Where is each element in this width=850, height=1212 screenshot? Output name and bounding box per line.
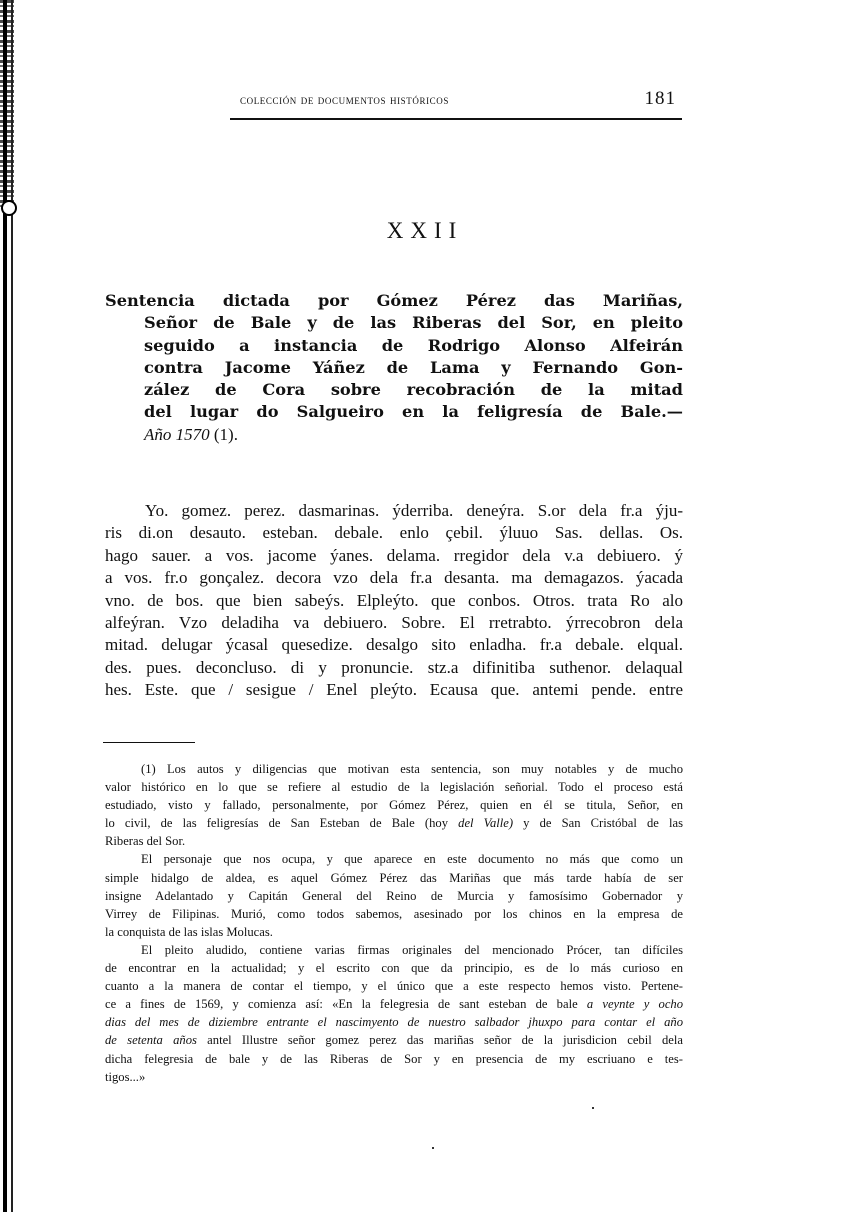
footnote-line: El pleito aludido, contiene varias firma… xyxy=(105,941,683,959)
running-head-title: Colección de documentos históricos xyxy=(240,92,449,108)
footnote-line: estudiado, visto y fallado, personalment… xyxy=(105,796,683,814)
heading-date: Año 1570 (1). xyxy=(105,424,683,446)
body-line: hago sauer. a vos. jacome ýanes. delama.… xyxy=(105,545,683,567)
body-line: des. pues. deconcluso. di y pronuncie. s… xyxy=(105,657,683,679)
footnote-rule xyxy=(103,742,195,743)
scan-speck xyxy=(432,1147,434,1149)
body-line: mitad. delugar ýcasal quesedize. desalgo… xyxy=(105,634,683,656)
scan-binding-edge xyxy=(0,0,16,1212)
footnote-line: Virrey de Filipinas. Murió, como todos s… xyxy=(105,905,683,923)
footnote-line: dias del mes de diziembre entrante el na… xyxy=(105,1013,683,1031)
footnote-italic: a veynte y ocho xyxy=(587,997,683,1011)
footnote-line: (1) Los autos y diligencias que motivan … xyxy=(105,760,683,778)
footnote-line: simple hidalgo de aldea, es aquel Gómez … xyxy=(105,869,683,887)
heading-line: contra Jacome Yáñez de Lama y Fernando G… xyxy=(105,357,683,379)
document-heading: Sentencia dictada por Gómez Pérez das Ma… xyxy=(105,290,683,446)
body-line: a vos. fr.o gonçalez. decora vzo dela fr… xyxy=(105,567,683,589)
footnote-text: antel Illustre señor gomez perez das mar… xyxy=(197,1033,683,1047)
footnote-italic: de setenta años xyxy=(105,1033,197,1047)
heading-line: zález de Cora sobre recobración de la mi… xyxy=(105,379,683,401)
heading-line: Señor de Bale y de las Riberas del Sor, … xyxy=(105,312,683,334)
binding-bar xyxy=(3,0,7,1212)
page-number: 181 xyxy=(645,88,677,110)
heading-line: del lugar do Salgueiro en la feligresía … xyxy=(105,401,683,423)
footnote-text: y de San Cristóbal de las xyxy=(513,816,683,830)
footnote-italic: dias del mes de diziembre entrante el na… xyxy=(105,1015,683,1029)
chapter-number: XXII xyxy=(0,218,850,244)
scan-speck xyxy=(592,1107,594,1109)
binding-knot xyxy=(1,200,17,216)
footnote-text: lo civil, de las feligresías de San Este… xyxy=(105,816,458,830)
footnotes: (1) Los autos y diligencias que motivan … xyxy=(105,760,683,1086)
footnote-line: la conquista de las islas Molucas. xyxy=(105,923,683,941)
footnote-paragraph-3: El pleito aludido, contiene varias firma… xyxy=(105,941,683,1086)
footnote-italic: del Valle) xyxy=(458,816,513,830)
header-rule xyxy=(230,118,682,120)
footnote-line: dicha felegresia de bale y de las Ribera… xyxy=(105,1050,683,1068)
body-line: Yo. gomez. perez. dasmarinas. ýderriba. … xyxy=(105,500,683,522)
footnote-text: ce a fines de 1569, y comienza así: «En … xyxy=(105,997,587,1011)
footnote-line: valor histórico en lo que se refiere al … xyxy=(105,778,683,796)
footnote-line: Riberas del Sor. xyxy=(105,832,683,850)
footnote-paragraph-2: El personaje que nos ocupa, y que aparec… xyxy=(105,850,683,940)
footnote-ref: (1). xyxy=(214,425,238,444)
binding-bar-thin xyxy=(11,0,13,1212)
heading-line: Sentencia dictada por Gómez Pérez das Ma… xyxy=(105,290,683,312)
body-line: alfeýran. Vzo deladiha va debiuero. Sobr… xyxy=(105,612,683,634)
footnote-paragraph-1: (1) Los autos y diligencias que motivan … xyxy=(105,760,683,850)
footnote-line: de setenta años antel Illustre señor gom… xyxy=(105,1031,683,1049)
body-line: hes. Este. que / sesigue / Enel pleýto. … xyxy=(105,679,683,701)
heading-date-year: Año 1570 xyxy=(144,425,210,444)
footnote-line: El personaje que nos ocupa, y que aparec… xyxy=(105,850,683,868)
footnote-line: cuanto a la manera de contar el tiempo, … xyxy=(105,977,683,995)
running-head: Colección de documentos históricos 181 xyxy=(230,90,682,114)
footnote-line: insigne Adelantado y Capitán General del… xyxy=(105,887,683,905)
footnote-line: ce a fines de 1569, y comienza así: «En … xyxy=(105,995,683,1013)
heading-line: seguido a instancia de Rodrigo Alonso Al… xyxy=(105,335,683,357)
footnote-line: de encontrar en la actualidad; y el escr… xyxy=(105,959,683,977)
body-text: Yo. gomez. perez. dasmarinas. ýderriba. … xyxy=(105,500,683,702)
footnote-line: tigos...» xyxy=(105,1068,683,1086)
body-line: ris di.on desauto. esteban. debale. enlo… xyxy=(105,522,683,544)
body-line: vno. de bos. que bien sabeýs. Elpleýto. … xyxy=(105,590,683,612)
footnote-line: lo civil, de las feligresías de San Este… xyxy=(105,814,683,832)
